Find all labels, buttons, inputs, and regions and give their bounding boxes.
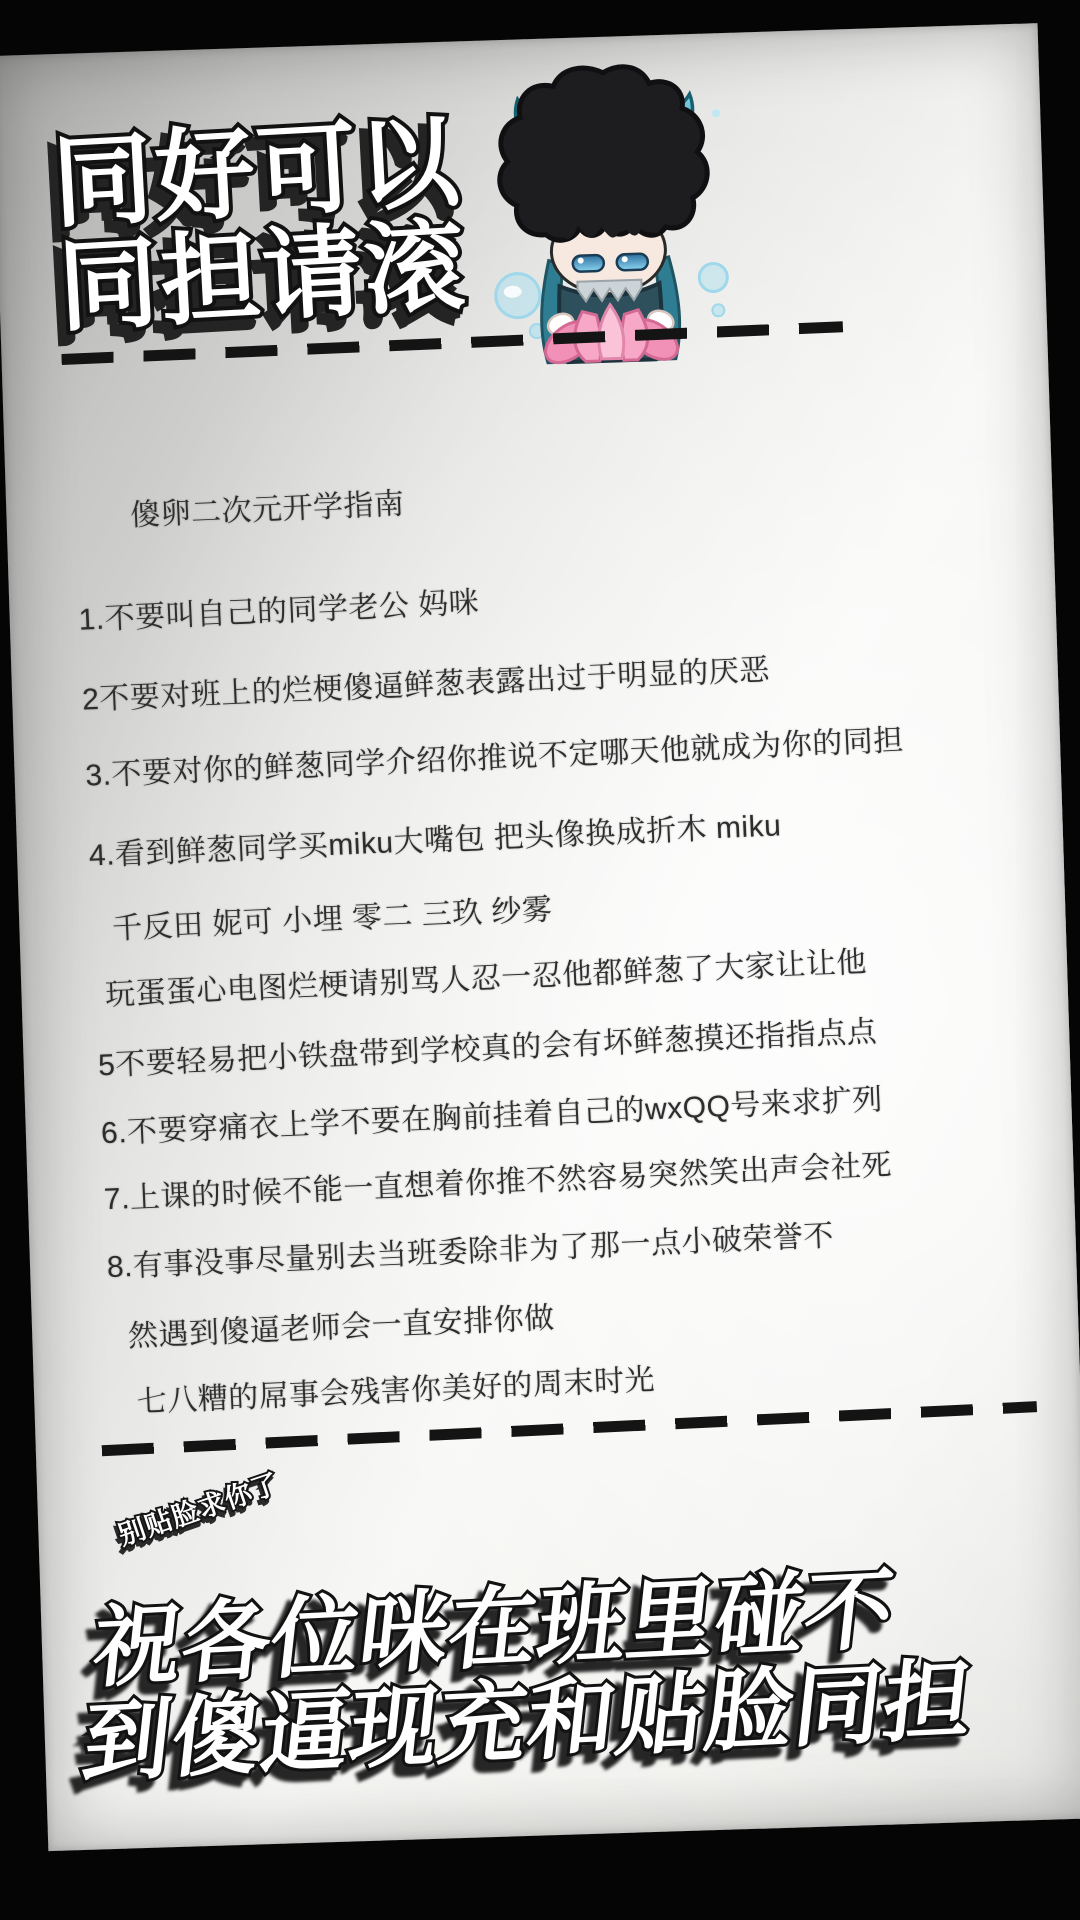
paper-page: 同好可以 同好可以 同好可以 同担请滚 同担请滚 同担请滚: [0, 23, 1080, 1851]
guide-line: 千反田 妮可 小埋 零二 三玖 纱雾: [111, 884, 553, 947]
guide-line: 玩蛋蛋心电图烂梗请别骂人忍一忍他都鲜葱了大家让让他: [104, 937, 868, 1014]
guide-line: 然遇到傻逼老师会一直安排你做: [127, 1293, 556, 1356]
guide-line: 七八糟的屌事会残害你美好的周末时光: [136, 1354, 656, 1421]
bottom-wish-block: 祝各位咪在班里碰不 祝各位咪在班里碰不 祝各位咪在班里碰不 到傻逼现充和贴脸同担…: [78, 1558, 988, 1791]
guide-line: 1.不要叫自己的同学老公 妈咪: [78, 577, 480, 638]
guide-line: 7.上课的时候不能一直想着你推不然容易突然笑出声会社死: [103, 1140, 893, 1218]
guide-heading: 傻卵二次元开学指南: [129, 478, 405, 534]
guide-line: 2不要对班上的烂梗傻逼鲜葱表露出过于明显的厌恶: [81, 645, 770, 719]
guide-line: 8.有事没事尽量别去当班委除非为了那一点小破荣誉不: [106, 1210, 835, 1286]
guide-line: 3.不要对你的鲜葱同学介绍你推说不定哪天他就成为你的同担: [84, 715, 904, 795]
guide-line: 6.不要穿痛衣上学不要在胸前挂着自己的wxQQ号来求扩列: [100, 1074, 884, 1152]
guide-line: 4.看到鲜葱同学买miku大嘴包 把头像换成折木 miku: [88, 800, 782, 874]
guide-line: 5不要轻易把小铁盘带到学校真的会有坏鲜葱摸还指指点点: [97, 1006, 878, 1084]
